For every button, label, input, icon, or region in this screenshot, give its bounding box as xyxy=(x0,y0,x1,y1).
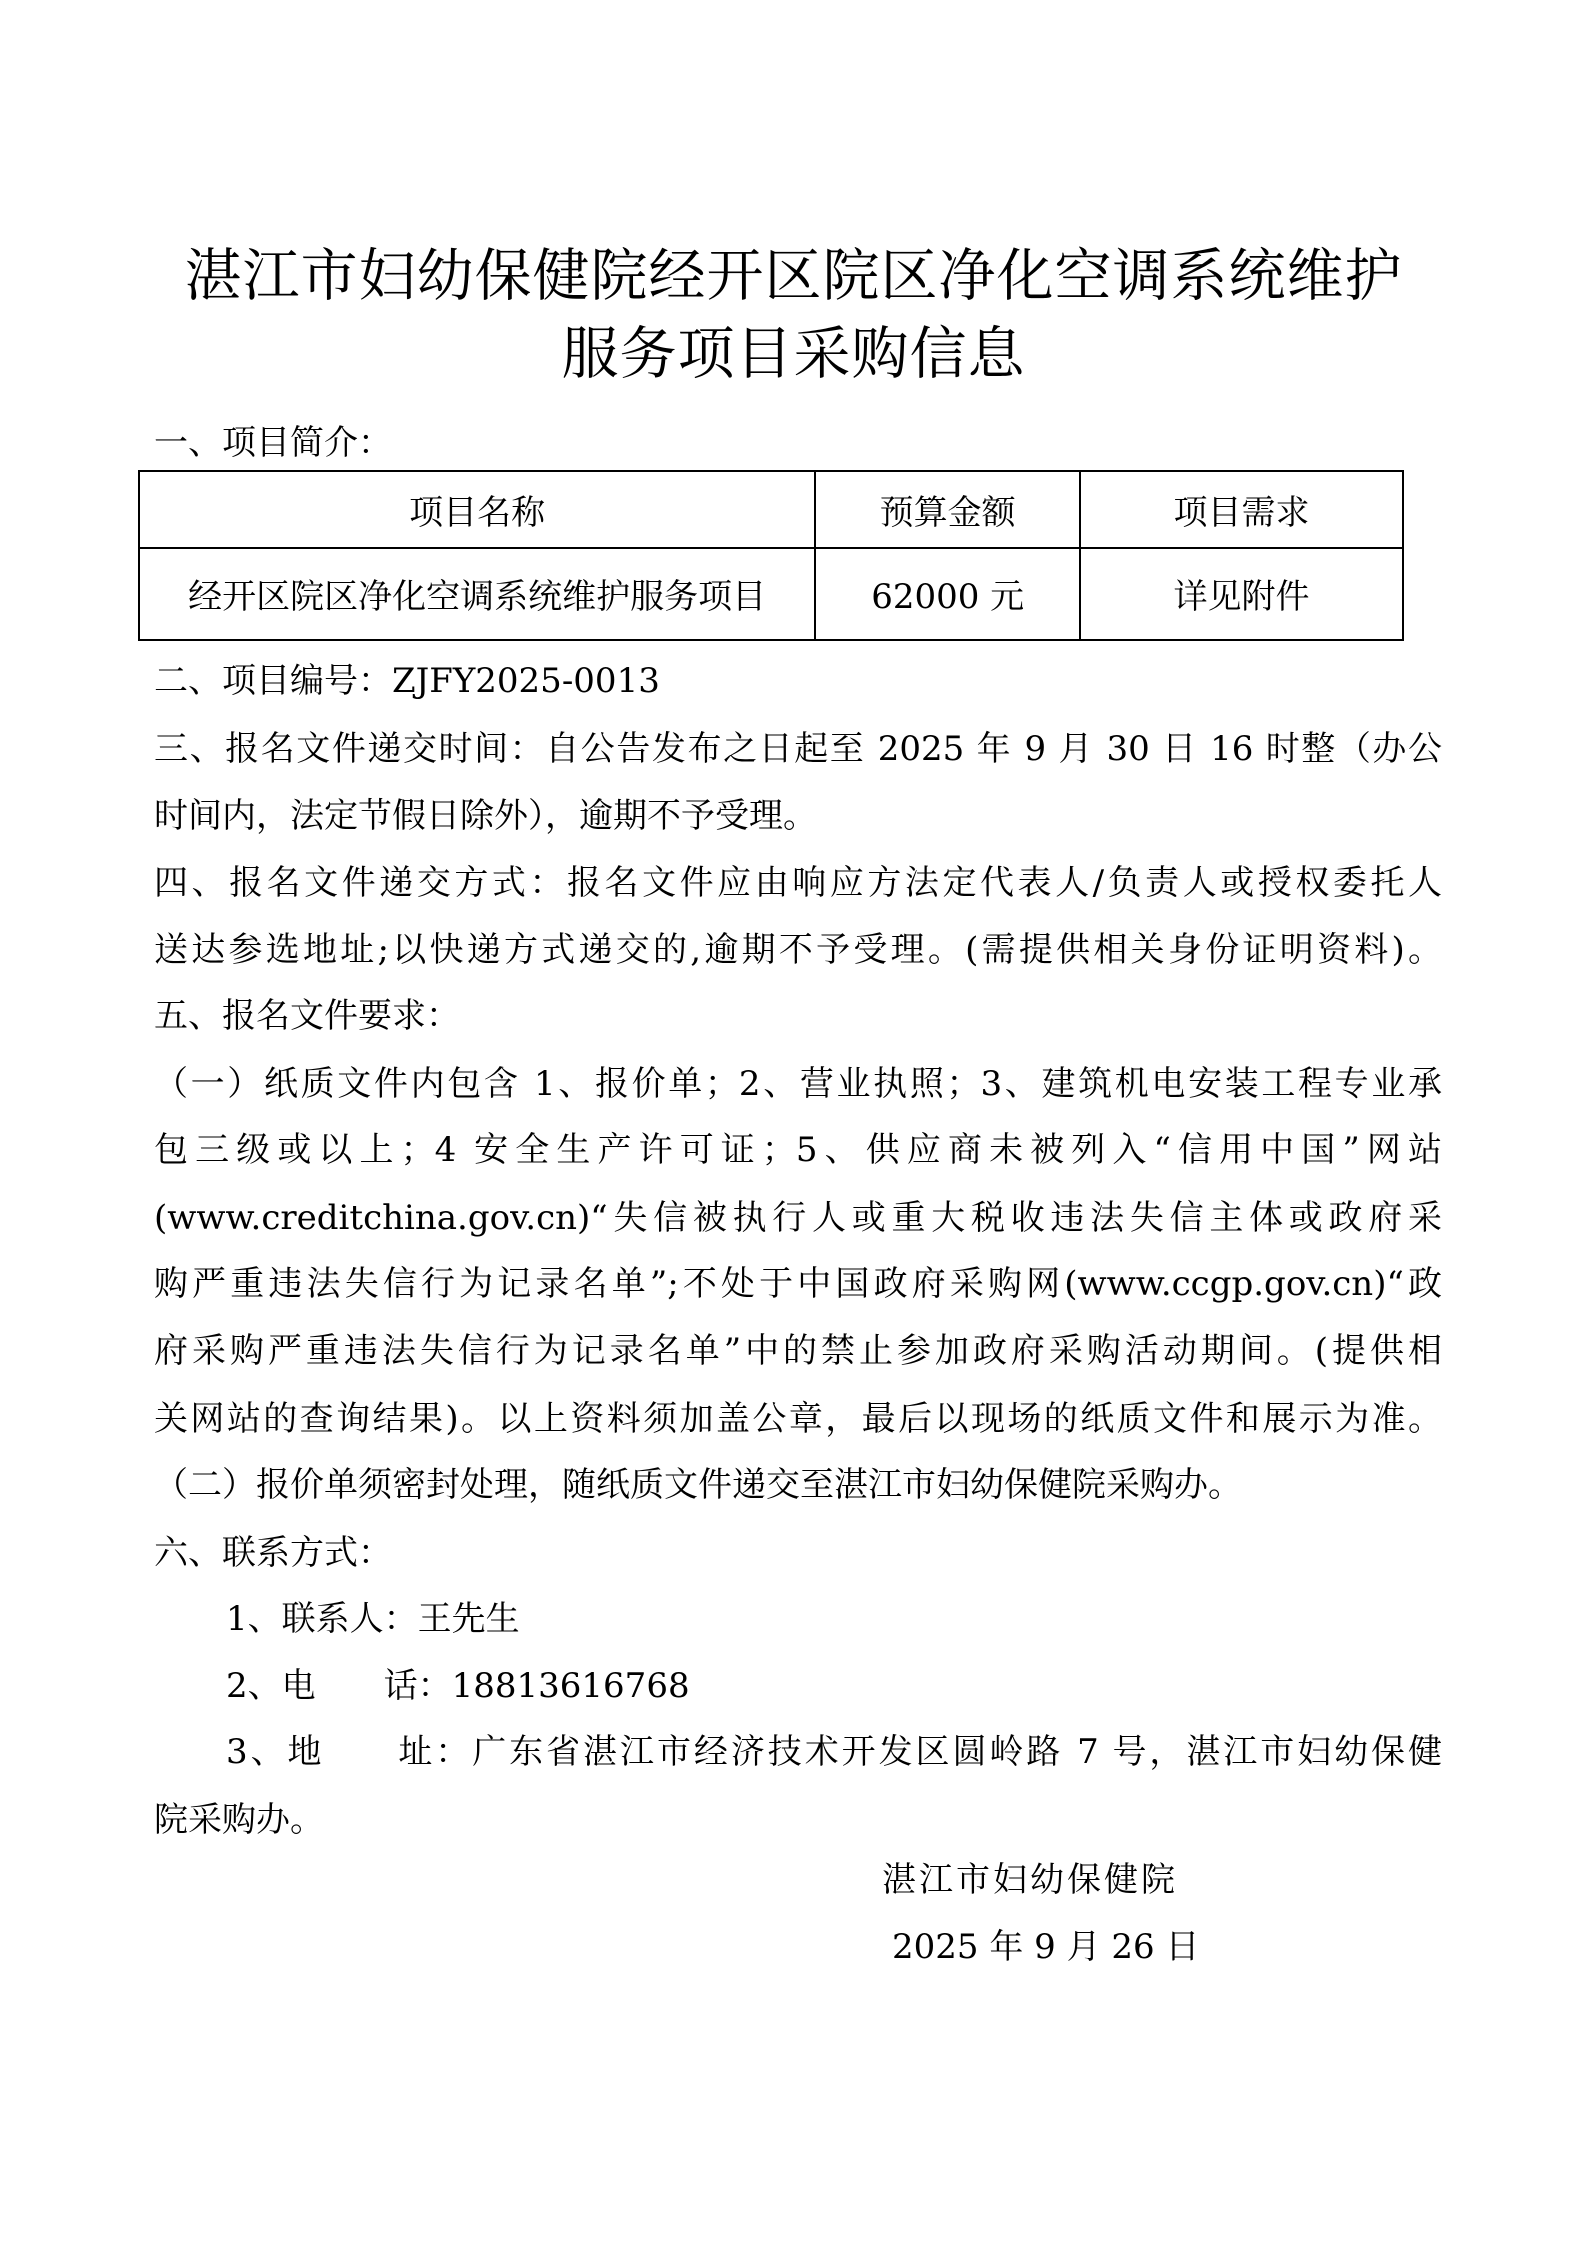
section4-line1: 四、报名文件递交方式：报名文件应由响应方法定代表人/负责人或授权委托人 xyxy=(154,861,1442,905)
section5-item1-line6: 关网站的查询结果)。以上资料须加盖公章，最后以现场的纸质文件和展示为准。 xyxy=(154,1397,1442,1441)
section3-line2: 时间内，法定节假日除外），逾期不予受理。 xyxy=(154,794,1442,838)
table-cell-budget: 62000 元 xyxy=(815,548,1080,640)
contact-address-line1: 3、地 址：广东省湛江市经济技术开发区圆岭路 7 号，湛江市妇幼保健 xyxy=(226,1730,1442,1774)
signature-organization: 湛江市妇幼保健院 xyxy=(882,1858,1175,1902)
document-page: 湛江市妇幼保健院经开区院区净化空调系统维护 服务项目采购信息 一、项目简介： 项… xyxy=(0,0,1587,2245)
section5-item1-line5: 府采购严重违法失信行为记录名单”中的禁止参加政府采购活动期间。(提供相 xyxy=(154,1329,1442,1373)
table-cell-requirements: 详见附件 xyxy=(1080,548,1403,640)
section5-heading: 五、报名文件要求： xyxy=(154,994,1442,1038)
section3-line1: 三、报名文件递交时间：自公告发布之日起至 2025 年 9 月 30 日 16 … xyxy=(154,727,1442,771)
contact-address-line2: 院采购办。 xyxy=(154,1798,1442,1842)
section5-item2: （二）报价单须密封处理，随纸质文件递交至湛江市妇幼保健院采购办。 xyxy=(154,1463,1442,1507)
contact-phone: 2、电 话：18813616768 xyxy=(226,1664,690,1708)
section5-item1-line4: 购严重违法失信行为记录名单”;不处于中国政府采购网(www.ccgp.gov.c… xyxy=(154,1262,1442,1306)
document-title-line1: 湛江市妇幼保健院经开区院区净化空调系统维护 xyxy=(0,241,1587,311)
table-header-row: 项目名称 预算金额 项目需求 xyxy=(139,471,1403,548)
table-row: 经开区院区净化空调系统维护服务项目 62000 元 详见附件 xyxy=(139,548,1403,640)
table-header-budget: 预算金额 xyxy=(815,471,1080,548)
section4-line2: 送达参选地址;以快递方式递交的,逾期不予受理。(需提供相关身份证明资料)。 xyxy=(154,928,1442,972)
section5-item1-line2: 包三级或以上；4 安全生产许可证；5、供应商未被列入“信用中国”网站 xyxy=(154,1128,1442,1172)
document-title-line2: 服务项目采购信息 xyxy=(0,319,1587,389)
table-header-project-name: 项目名称 xyxy=(139,471,815,548)
section5-item1-line3: (www.creditchina.gov.cn)“失信被执行人或重大税收违法失信… xyxy=(154,1196,1442,1240)
section2-project-number: 二、项目编号：ZJFY2025-0013 xyxy=(154,659,1442,703)
signature-date: 2025 年 9 月 26 日 xyxy=(892,1925,1175,1969)
section1-heading: 一、项目简介： xyxy=(154,421,1442,465)
section6-heading: 六、联系方式： xyxy=(154,1531,1442,1575)
project-summary-table: 项目名称 预算金额 项目需求 经开区院区净化空调系统维护服务项目 62000 元… xyxy=(138,470,1404,641)
table-header-requirements: 项目需求 xyxy=(1080,471,1403,548)
contact-person: 1、联系人：王先生 xyxy=(226,1597,520,1641)
section5-item1-line1: （一）纸质文件内包含 1、报价单；2、营业执照；3、建筑机电安装工程专业承 xyxy=(154,1062,1442,1106)
table-cell-project-name: 经开区院区净化空调系统维护服务项目 xyxy=(139,548,815,640)
